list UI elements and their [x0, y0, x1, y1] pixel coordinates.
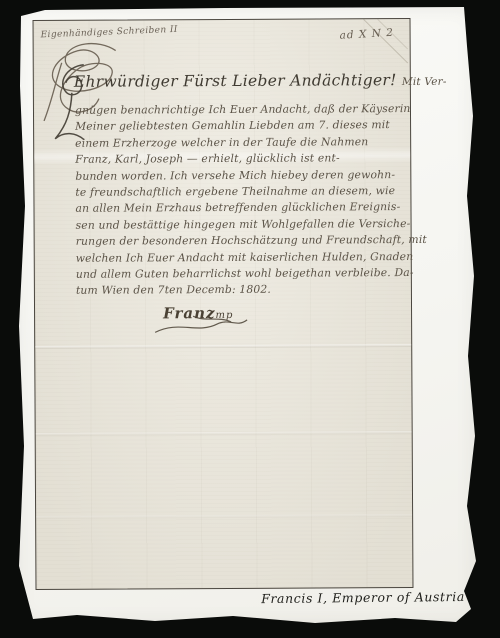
- mat-board: Eigenhändiges Schreiben II ad X N 2 Ehrw…: [15, 6, 477, 626]
- dateline: tum Wien den 7ten Decemb: 1802.: [76, 282, 408, 300]
- letter-body: gnügen benachrichtige Ich Euer Andacht, …: [75, 101, 408, 300]
- caption-title: Francis I, Emperor of Austria: [253, 589, 473, 606]
- fold-crease-line: [36, 514, 412, 519]
- letter-paper: Eigenhändiges Schreiben II ad X N 2 Ehrw…: [33, 18, 414, 590]
- salutation-line: Ehrwürdiger Fürst Lieber Andächtiger! Mi…: [74, 71, 447, 91]
- body-line: te freundschaftlich ergebene Theilnahme …: [75, 183, 407, 201]
- signature-flourish-icon: [153, 312, 249, 339]
- body-line: einem Erzherzoge welcher in der Taufe di…: [75, 134, 407, 152]
- salutation-end-text: Mit Ver-: [402, 76, 447, 88]
- fold-crease-line: [35, 344, 411, 349]
- body-line: und allem Guten beharrlichst wohl beiget…: [76, 265, 408, 283]
- body-line: rungen der besonderen Hochschätzung und …: [76, 232, 408, 250]
- fold-crease-line: [36, 431, 412, 436]
- body-line: gnügen benachrichtige Ich Euer Andacht, …: [75, 101, 407, 119]
- photo-background: Eigenhändiges Schreiben II ad X N 2 Ehrw…: [0, 0, 500, 638]
- body-line: bunden worden. Ich versehe Mich hiebey d…: [75, 167, 407, 185]
- salutation-text: Ehrwürdiger Fürst Lieber Andächtiger!: [74, 71, 397, 91]
- body-line: sen und bestättige hingegen mit Wohlgefa…: [76, 216, 408, 234]
- body-line: an allen Mein Erzhaus betreffenden glück…: [75, 199, 407, 217]
- body-line: Meiner geliebtesten Gemahlin Liebden am …: [75, 117, 407, 135]
- body-line: welchen Ich Euer Andacht mit kaiserliche…: [76, 249, 408, 267]
- body-line: Franz, Karl, Joseph — erhielt, glücklich…: [75, 150, 407, 168]
